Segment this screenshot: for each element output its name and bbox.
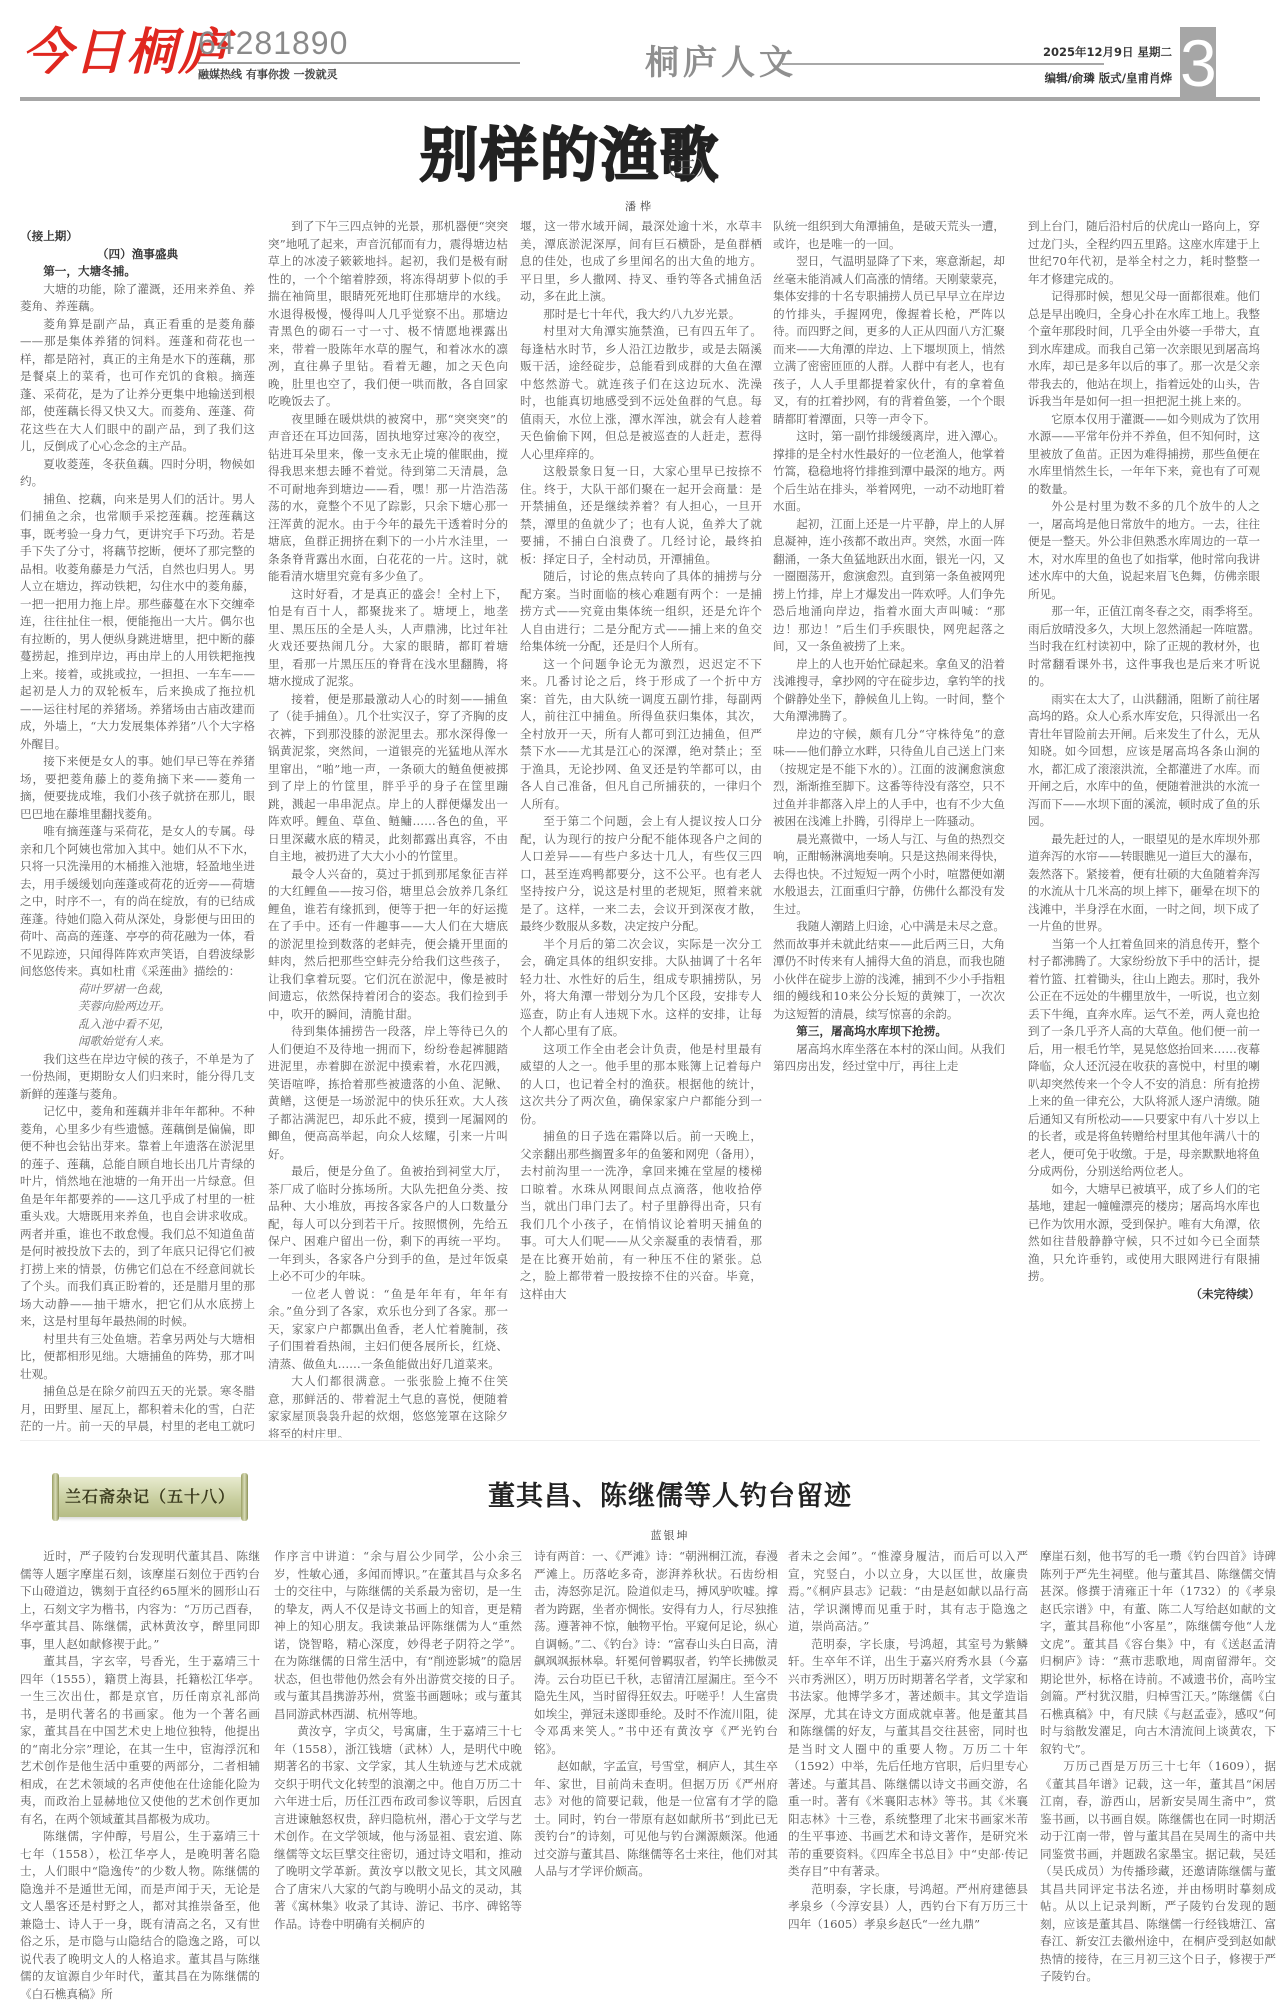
paragraph: 堰，这一带水域开阔，最深处逾十米，水草丰美，潭底淤泥深厚，间有巨石横卧，是鱼群栖…	[520, 218, 762, 306]
section-name: 桐庐人文	[645, 43, 797, 83]
paragraph: 如今，大塘早已被填平，成了乡人们的宅基地，建起一幢幢漂亮的楼房；屠高坞水库也已作…	[1028, 1181, 1260, 1286]
continued-note: （未完待续）	[1028, 1286, 1260, 1304]
article-column-2: 到了下午三四点钟的光景，那机器便“突突突”地吼了起来，声音沉郁而有力，震得塘边枯…	[268, 218, 508, 1438]
paragraph: 菱角算是副产品，真正看重的是菱角藤——那是集体养猪的饲料。莲蓬和荷花也一样，都是…	[20, 316, 255, 456]
paragraph: 陈继儒，字仲醇，号眉公，生于嘉靖三十七年（1558），松江华亭人，是晚明著名隐士…	[20, 1828, 260, 2003]
paragraph: 岸边的守候，颇有几分“守株待兔”的意味——他们静立水畔，只待鱼儿自己送上门来（按…	[773, 726, 1005, 831]
paragraph: 当第一个人扛着鱼回来的消息传开，整个村子都沸腾了。大家纷纷放下手中的活计，提着竹…	[1028, 936, 1260, 1181]
article-author: 潘桦	[520, 198, 760, 214]
paragraph: 队统一组织到大角潭捕鱼，是破天荒头一遭，或许，也是唯一的一回。	[773, 218, 1005, 253]
column-banner-scroll: 兰石斋杂记（五十八）	[58, 1477, 242, 1517]
article-column-5: 到上台门，随后沿村后的伏虎山一路向上，穿过龙门头，全程约四五里路。这座水库建于上…	[1028, 218, 1260, 1438]
paragraph: 范明泰，字长康，号鸿超，其室号为紫鳞轩。生卒年不详，出生于嘉兴府秀水县（今嘉兴市…	[788, 1636, 1028, 1881]
paragraph: 范明泰，字长康，号鸿超。严州府建德县孝泉乡（今淳安县）人，西钓台下有万历三十四年…	[788, 1881, 1028, 1934]
poem-line: 荷叶罗裙一色裁，	[20, 981, 255, 999]
paragraph: 岸上的人也开始忙碌起来。拿鱼叉的沿着浅滩搜寻，拿抄网的守在碇步边，拿钓竿的找个僻…	[773, 656, 1005, 726]
paragraph: 接下来便是女人的事。她们早已等在养猪场，要把菱角藤上的菱角摘下来——菱角一摘，便…	[20, 753, 255, 823]
paragraph: 摩崖石刻，他书写的毛一瓒《钓台四首》诗碑陈列于严先生祠壁。他与董其昌、陈继儒交情…	[1040, 1548, 1276, 1758]
paragraph: 外公是村里为数不多的几个放牛的人之一，屠高坞是他日常放牛的地方。一去，往往便是一…	[1028, 498, 1260, 603]
column-banner-title: 兰石斋杂记（五十八）	[58, 1477, 242, 1517]
article2-column-3: 诗有两首：一、《严滩》诗：“朝洲桐江流，春漫严滩上。历落屹多奇，澎湃养秋状。石齿…	[534, 1548, 778, 2012]
paragraph: 赵如献，字孟宣，号雪堂，桐庐人，其生卒年、家世，目前尚未查明。但据万历《严州府志…	[534, 1758, 778, 1881]
paragraph: 作序言中讲道：“余与眉公少同学，公小余三岁，性敏心通，多闻而博识。”在董其昌与众…	[274, 1548, 522, 1723]
paragraph: 到上台门，随后沿村后的伏虎山一路向上，穿过龙门头，全程约四五里路。这座水库建于上…	[1028, 218, 1260, 288]
masthead-divider	[20, 97, 1260, 101]
article2-title: 董其昌、陈继儒等人钓台留迹	[420, 1480, 920, 1514]
article2-column-2: 作序言中讲道：“余与眉公少同学，公小余三岁，性敏心通，多闻而博识。”在董其昌与众…	[274, 1548, 522, 2012]
paragraph: 屠高坞水库坐落在本村的深山间。从我们第四房出发，经过堂中厅，再往上走	[773, 1041, 1005, 1076]
paragraph: 捕鱼、挖藕，向来是男人们的活计。男人们捕鱼之余，也常顺手采挖莲藕。挖莲藕这事，既…	[20, 491, 255, 754]
hotline-divider	[198, 62, 520, 64]
section-divider	[782, 63, 1104, 65]
article2-column-4: 者未之会闻”。“惟濠身履洁，而后可以入严宣，究竖白，小以立身，大以匡世，故廉贵焉…	[788, 1548, 1028, 2012]
paragraph: 至于第二个问题，会上有人提议按人口分配，认为现行的按户分配不能体现各户之间的人口…	[520, 813, 762, 936]
section-subheading: 第三，屠高坞水库坝下抢捞。	[773, 1023, 1005, 1041]
paragraph: 这般景象日复一日，大家心里早已按捺不住。终于，大队干部们聚在一起开会商量：是开禁…	[520, 463, 762, 568]
paragraph: 到了下午三四点钟的光景，那机器便“突突突”地吼了起来，声音沉郁而有力，震得塘边枯…	[268, 218, 508, 411]
paragraph: 这时好看，才是真正的盛会！全村上下，怕是有百十人，都聚拢来了。塘埂上，地垄里、黑…	[268, 586, 508, 691]
article2-column-5: 摩崖石刻，他书写的毛一瓒《钓台四首》诗碑陈列于严先生祠壁。他与董其昌、陈继儒交情…	[1040, 1548, 1276, 2012]
paragraph: 夜里睡在暖烘烘的被窝中，那“突突突”的声音还在耳边回荡，固执地穿过寒冷的夜空，钻…	[268, 411, 508, 586]
paragraph: 捕鱼的日子选在霜降以后。前一天晚上，父亲翻出那些搁置多年的鱼篓和网兜（备用），去…	[520, 1128, 762, 1303]
hotline-number: 64281890	[198, 24, 348, 62]
paragraph: 记忆中，菱角和莲藕并非年年都种。不种菱角，心里多少有些遗憾。莲藕倒是偏偏，即便不…	[20, 1103, 255, 1331]
paragraph: 接着，便是那最激动人心的时刻——捕鱼了（徒手捕鱼）。几个壮实汉子，穿了齐胸的皮衣…	[268, 691, 508, 866]
paragraph: 大人们都很满意。一张张脸上掩不住笑意，那鲜活的、带着泥土气息的喜悦，便随着家家屋…	[268, 1373, 508, 1438]
page-number: 3	[1180, 27, 1216, 97]
paragraph: 诗有两首：一、《严滩》诗：“朝洲桐江流，春漫严滩上。历落屹多奇，澎湃养秋状。石齿…	[534, 1548, 778, 1758]
poem-line: 乱入池中看不见，	[20, 1016, 255, 1034]
paragraph: 最令人兴奋的，莫过于抓到那尾象征吉祥的大红鲤鱼——按习俗，塘里总会放养几条红鲤鱼…	[268, 866, 508, 1024]
paragraph: 最后，便是分鱼了。鱼被抬到祠堂大厅，茶厂成了临时分拣场所。大队先把鱼分类、按品种…	[268, 1163, 508, 1286]
article-column-4: 队统一组织到大角潭捕鱼，是破天荒头一遭，或许，也是唯一的一回。翌日，气温明显降了…	[773, 218, 1005, 1438]
section-subheading: （四）渔事盛典	[20, 246, 255, 264]
article2-author: 蓝银坤	[570, 1527, 770, 1543]
article-column-3: 堰，这一带水域开阔，最深处逾十米，水草丰美，潭底淤泥深厚，间有巨石横卧，是鱼群栖…	[520, 218, 762, 1438]
paragraph: 一位老人曾说：“鱼是年年有，年年有余。”鱼分到了各家，欢乐也分到了各家。那一天，…	[268, 1286, 508, 1374]
paragraph: 黄汝亨，字贞父，号寓庸，生于嘉靖三十七年（1558），浙江钱塘（武林）人，是明代…	[274, 1723, 522, 1933]
section-subheading: 第一，大塘冬捕。	[20, 263, 255, 281]
article-part-label: （三）	[656, 152, 716, 181]
paragraph: 村里共有三处鱼塘。若拿另两处与大塘相比，便都相形见绌。大塘捕鱼的阵势，那才叫壮观…	[20, 1331, 255, 1384]
paragraph: 那时是七十年代，我大约八九岁光景。	[520, 306, 762, 324]
paragraph: 近时，严子陵钓台发现明代董其昌、陈继儒等人题字摩崖石刻，该摩崖石刻位于西钓台下山…	[20, 1548, 260, 1653]
paragraph: 者未之会闻”。“惟濠身履洁，而后可以入严宣，究竖白，小以立身，大以匡世，故廉贵焉…	[788, 1548, 1028, 1636]
hotline-slogan: 融媒热线 有事你拨 一拨就灵	[198, 68, 338, 82]
section-subheading: （接上期）	[20, 228, 255, 246]
paragraph: 那一年，正值江南冬春之交，雨季将至。雨后放晴没多久，大坝上忽然涌起一阵喧嚣。当时…	[1028, 603, 1260, 691]
paragraph: 晨光熹微中，一场人与江、与鱼的热烈交响，正酣畅淋漓地奏响。只是这热闹来得快，去得…	[773, 831, 1005, 919]
paragraph: 大塘的功能，除了灌溉，还用来养鱼、养菱角、养莲藕。	[20, 281, 255, 316]
paragraph: 半个月后的第二次会议，实际是一次分工会，确定具体的组织安排。大队抽调了十名年轻力…	[520, 936, 762, 1041]
paragraph: 它原本仅用于灌溉——如今则成为了饮用水源——平常年份并不养鱼，但不知何时，这里被…	[1028, 411, 1260, 499]
paragraph: 雨实在太大了，山洪翻涌，阻断了前往屠高坞的路。众人心系水库安危，只得派出一名青壮…	[1028, 691, 1260, 831]
masthead: 今日桐庐 64281890 融媒热线 有事你拨 一拨就灵 桐庐人文 2025年1…	[0, 0, 1280, 100]
article-divider	[20, 1440, 1260, 1441]
paragraph: 村里对大角潭实施禁渔，已有四五年了。每逢枯水时节，乡人沿江边散步，或是去隔溪贩干…	[520, 323, 762, 463]
paragraph: 这项工作全由老会计负责，他是村里最有威望的人之一。他手里的那本账簿上记着每户的人…	[520, 1041, 762, 1129]
paragraph: 万历己酉是万历三十七年（1609），据《董其昌年谱》记载，这一年，董其昌“闲居江…	[1040, 1758, 1276, 1986]
paragraph: 这时，第一副竹排缓缓离岸，进入潭心。撑排的是全村水性最好的一位老渔人，他掌着竹篙…	[773, 428, 1005, 516]
paragraph: 董其昌，字玄宰，号香光，生于嘉靖三十四年（1555），籍贯上海县，托籍松江华亭。…	[20, 1653, 260, 1828]
paragraph: 我们这些在岸边守候的孩子，不单是为了一份热闹，更期盼女人们归来时，能分得几支新鲜…	[20, 1051, 255, 1104]
paragraph: 翌日，气温明显降了下来，寒意渐起，却丝毫未能消减人们高涨的情绪。天刚蒙蒙亮，集体…	[773, 253, 1005, 428]
poem-line: 芙蓉向脸两边开。	[20, 998, 255, 1016]
paragraph: 记得那时候，想见父母一面都很难。他们总是早出晚归，全身心扑在水库工地上。我整个童…	[1028, 288, 1260, 411]
paragraph: 夏收菱莲，冬获鱼藕。四时分明，物候如约。	[20, 456, 255, 491]
paragraph: 起初，江面上还是一片平静，岸上的人屏息凝神，连小孩都不敢出声。突然，水面一阵翻涌…	[773, 516, 1005, 656]
paragraph: 这一个问题争论无为激烈，迟迟定不下来。几番讨论之后，终于形成了一个折中方案：首先…	[520, 656, 762, 814]
article2-column-1: 近时，严子陵钓台发现明代董其昌、陈继儒等人题字摩崖石刻，该摩崖石刻位于西钓台下山…	[20, 1548, 260, 2012]
paragraph: 最先赶过的人，一眼望见的是水库坝外那道奔泻的水帘——转眼瞧见一道巨大的瀑布，轰然…	[1028, 831, 1260, 936]
issue-date: 2025年12月9日 星期二	[992, 44, 1172, 60]
paragraph: 待到集体捕捞告一段落，岸上等待已久的人们便迫不及待地一拥而下，纷纷卷起裤腿踏进泥…	[268, 1023, 508, 1163]
paragraph: 我随人潮踏上归途，心中满是未尽之意。然而故事并未就此结束——此后两三日，大角潭仍…	[773, 918, 1005, 1023]
paragraph: 捕鱼总是在除夕前四五天的光景。寒冬腊月，田野里、屋瓦上，都积着未化的雪，白茫茫的…	[20, 1383, 255, 1438]
paragraph: 唯有摘莲蓬与采荷花，是女人的专属。母亲和几个阿姨也常加入其中。她们从不下水，只将…	[20, 823, 255, 981]
editor-credits: 编辑/俞璘 版式/皇甫肖烨	[992, 70, 1172, 86]
article-column-1: （接上期）（四）渔事盛典第一，大塘冬捕。大塘的功能，除了灌溉，还用来养鱼、养菱角…	[20, 228, 255, 1438]
poem-line: 闻歌始觉有人来。	[20, 1033, 255, 1051]
paragraph: 随后，讨论的焦点转向了具体的捕捞与分配方案。当时面临的核心难题有两个：一是捕捞方…	[520, 568, 762, 656]
